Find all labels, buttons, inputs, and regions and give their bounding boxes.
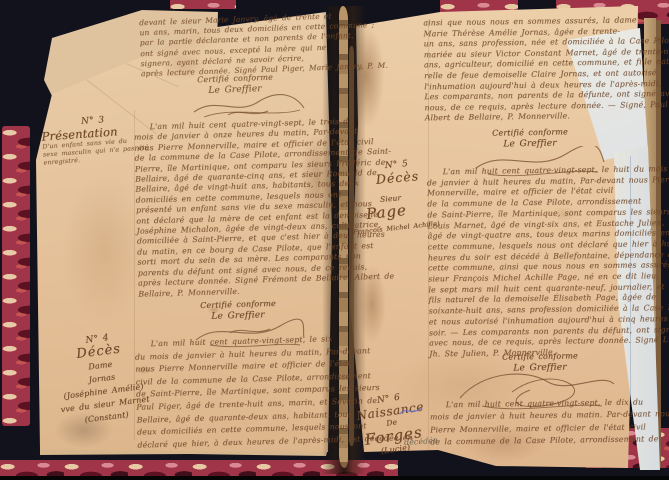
blue-pencil-mark xyxy=(398,404,424,418)
act-2-text: L'an mil huit cent quatre-vingt-sept, le… xyxy=(134,117,331,299)
marble-strip-left xyxy=(2,126,30,426)
act-6-start-text: L'an mil huit cent quatre-vingt-sept, le… xyxy=(430,397,639,450)
margin-note-3: N° 3 Présentation D'un enfant sans vie d… xyxy=(40,112,147,167)
act-2-separator-squiggle xyxy=(226,108,270,118)
bottom-black-bar xyxy=(0,476,669,480)
act-1-ending-text: devant le sieur Marie Janvry, âgé de tre… xyxy=(139,12,327,80)
margin-note-6: N° 6 Naissance De Forges (Lucie) xyxy=(348,389,436,460)
register-scan: devant le sieur Marie Janvry, âgé de tre… xyxy=(0,0,669,480)
marble-patch-top-left xyxy=(170,0,236,9)
act-5-text: L'an mil huit cent quatre-vingt-sept, le… xyxy=(427,165,638,361)
act-3-text: L'an mil huit cent quatre-vingt-sept, le… xyxy=(134,333,329,452)
act-4-ending-text: ainsi que nous nous en sommes assurés, l… xyxy=(423,16,612,125)
